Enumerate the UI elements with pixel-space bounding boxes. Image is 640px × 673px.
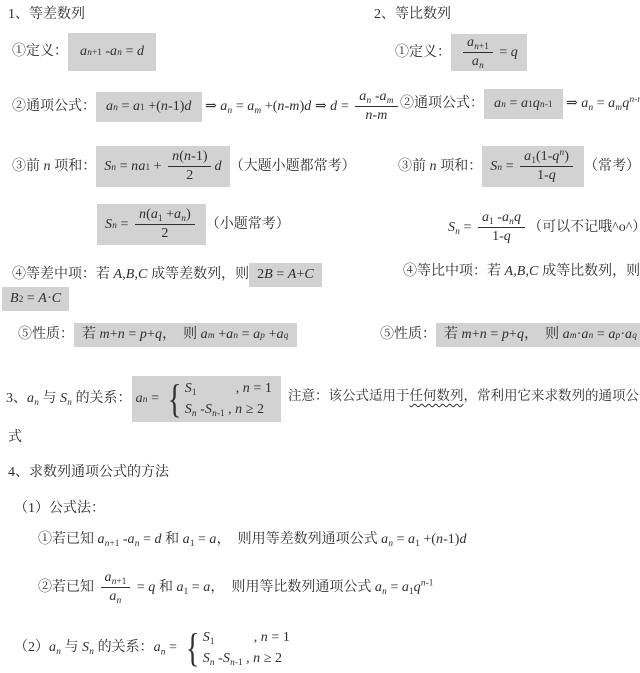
an-sn-relation-label: 3、an 与 Sn 的关系： — [6, 390, 132, 408]
geom-sum-formula-1: Sn = a1(1-qn)1-q — [482, 146, 584, 187]
arith-definition-label: ①定义： — [12, 43, 68, 61]
geom-property-formula: 若 m+n = p+q， 则 am·an = ap·aq — [436, 323, 640, 347]
arith-sum-formula-1: Sn = na1 + n(n-1)2d — [96, 146, 229, 187]
geom-property-row: ⑤性质： 若 m+n = p+q， 则 am·an = ap·aq — [380, 323, 640, 347]
geom-sum-label: ③前 n 项和： — [398, 158, 482, 176]
geom-sum-row: ③前 n 项和： Sn = a1(1-qn)1-q （常考） — [398, 146, 640, 187]
relation-note-suffix: ，常利用它来求数列的通项公 — [464, 387, 640, 405]
geom-sum-note-1: （常考） — [584, 158, 640, 176]
arith-section-title-text: 1、等差数列 — [8, 6, 85, 24]
arith-sum-label: ③前 n 项和： — [12, 158, 96, 176]
arith-middle-term-condition: 若 A,B,C 成等差数列，则 — [96, 266, 249, 284]
arith-general-term-label: ②通项公式： — [12, 98, 96, 116]
geom-general-term-row: ②通项公式： an = a1qn-1 ⇒ an = amqn-m — [400, 89, 640, 119]
geom-general-term-label: ②通项公式： — [400, 95, 484, 113]
arith-sum-note-2: （小题常考） — [206, 216, 290, 234]
geom-general-term-formula: an = a1qn-1 — [484, 89, 563, 119]
method2-row: （2）an 与 Sn 的关系： an = {S1, n = 1Sn -Sn-1 … — [14, 627, 290, 669]
method2-label: （2）an 与 Sn 的关系： — [14, 639, 154, 657]
arith-sum2-row: Sn = n(a1 +an)2 （小题常考） — [97, 204, 290, 245]
geom-definition-label: ①定义： — [395, 44, 451, 62]
arith-section-title: 1、等差数列 — [8, 6, 85, 24]
arith-middle-term-formula: 2B = A+C — [249, 263, 322, 287]
geom-middle-term-wrap-row: B2 = A·C — [2, 287, 69, 311]
arith-sum-formula-2: Sn = n(a1 +an)2 — [97, 204, 206, 245]
geom-section-title: 2、等比数列 — [374, 6, 451, 24]
arith-general-term-derivation: ⇒ an = am +(n-m)d ⇒ d = an -amn-m — [202, 89, 401, 124]
formula-sheet-page: 1、等差数列 2、等比数列 ①定义： an+1 -an = d ①定义： an+… — [0, 0, 640, 673]
arith-property-row: ⑤性质： 若 m+n = p+q， 则 am +an = ap +aq — [18, 323, 297, 347]
relation-note-wrap-char: 式 — [8, 429, 22, 447]
relation-note-prefix: 注意：该公式适用于 — [288, 387, 410, 405]
geom-middle-term-condition: 若 A,B,C 成等比数列，则 — [487, 263, 640, 281]
relation-note: 注意：该公式适用于任何数列，常利用它来求数列的通项公 — [288, 387, 639, 405]
geom-definition-formula: an+1an = q — [451, 34, 527, 71]
arith-middle-term-row: ④等差中项： 若 A,B,C 成等差数列，则 2B = A+C — [12, 263, 322, 287]
arith-definition-row: ①定义： an+1 -an = d — [12, 33, 156, 71]
method2-formula: an = {S1, n = 1Sn -Sn-1 , n ≥ 2 — [154, 627, 290, 669]
arith-general-term-row: ②通项公式： an = a1 +(n-1)d ⇒ an = am +(n-m)d… — [12, 89, 401, 124]
geom-property-label: ⑤性质： — [380, 326, 436, 344]
geom-middle-term-formula: B2 = A·C — [2, 287, 69, 311]
geom-middle-term-label: ④等比中项： — [403, 263, 487, 281]
relation-note-wrap-text: 式 — [8, 429, 22, 447]
method1-label: （1）公式法： — [14, 500, 105, 518]
an-sn-relation-formula: an = {S1, n = 1Sn -Sn-1 , n ≥ 2 — [132, 376, 281, 422]
method1-label-row: （1）公式法： — [14, 500, 105, 518]
arith-general-term-formula: an = a1 +(n-1)d — [96, 92, 202, 122]
method1-item1-text: ①若已知 an+1 -an = d 和 a1 = a， 则用等差数列通项公式 a… — [38, 531, 467, 549]
arith-property-formula: 若 m+n = p+q， 则 am +an = ap +aq — [74, 323, 297, 347]
methods-section-title: 4、求数列通项公式的方法 — [8, 464, 169, 482]
method1-item1-row: ①若已知 an+1 -an = d 和 a1 = a， 则用等差数列通项公式 a… — [38, 531, 467, 549]
arith-property-label: ⑤性质： — [18, 326, 74, 344]
arith-sum-row: ③前 n 项和： Sn = na1 + n(n-1)2d （大题小题都常考） — [12, 146, 356, 187]
arith-sum-note-1: （大题小题都常考） — [230, 158, 356, 176]
arith-definition-formula: an+1 -an = d — [68, 33, 156, 71]
an-sn-relation-row: 3、an 与 Sn 的关系： an = {S1, n = 1Sn -Sn-1 ,… — [6, 376, 281, 422]
methods-section-title-text: 4、求数列通项公式的方法 — [8, 464, 169, 482]
geom-general-term-derivation: ⇒ an = amqn-m — [563, 95, 640, 113]
arith-middle-term-label: ④等差中项： — [12, 266, 96, 284]
relation-note-emphasis: 任何数列 — [410, 387, 464, 405]
geom-sum-formula-2: Sn = a1 -anq1-q — [448, 210, 528, 245]
method1-item2-text: ②若已知 an+1an = q 和 a1 = a， 则用等比数列通项公式 an … — [38, 570, 433, 605]
geom-sum-note-2: （可以不记哦^o^） — [528, 219, 640, 237]
geom-sum2-row: Sn = a1 -anq1-q （可以不记哦^o^） — [448, 210, 640, 245]
method1-item2-row: ②若已知 an+1an = q 和 a1 = a， 则用等比数列通项公式 an … — [38, 570, 433, 605]
geom-definition-row: ①定义： an+1an = q — [395, 34, 527, 71]
geom-section-title-text: 2、等比数列 — [374, 6, 451, 24]
geom-middle-term-row: ④等比中项： 若 A,B,C 成等比数列，则 — [403, 263, 640, 281]
